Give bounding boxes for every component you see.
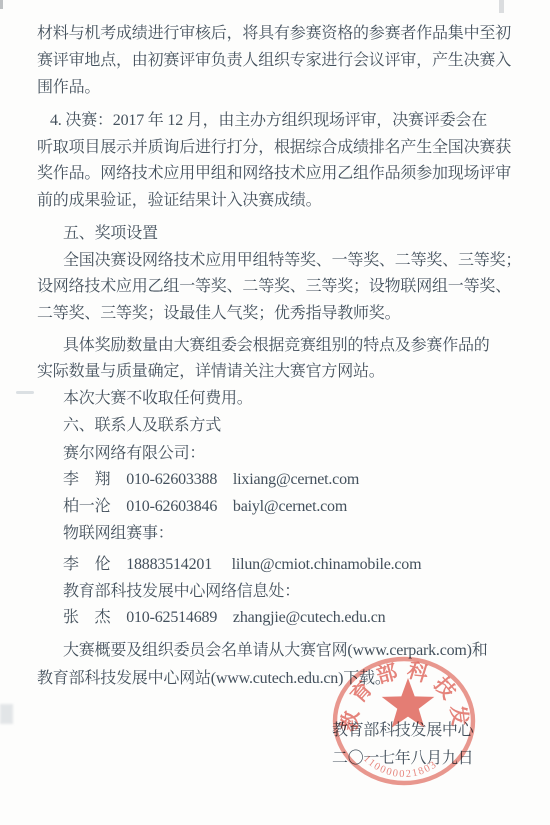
scan-artifact [499, 0, 504, 13]
contact-row: 柏一沦 010-62603846 baiyl@cernet.com [63, 497, 347, 517]
text-line: 实际数量与质量确定，详情请关注大赛官方网站。 [37, 362, 385, 382]
section-heading-awards: 五、奖项设置 [63, 224, 158, 244]
document-page: 材料与机考成绩进行审核后，将具有参赛资格的参赛者作品集中至初 赛评审地点，由初赛… [0, 0, 550, 825]
text-line: 奖作品。网络技术应用甲组和网络技术应用乙组作品须参加现场评审 [37, 164, 511, 184]
text-line: 前的成果验证，验证结果计入决赛成绩。 [37, 191, 321, 211]
contact-group-label: 赛尔网络有限公司： [63, 444, 205, 464]
text-line: 4. 决赛：2017 年 12 月，由主办方组织现场评审，决赛评委会在 [50, 111, 487, 131]
scan-artifact [0, 0, 3, 9]
text-line: 具体奖励数量由大赛组委会根据竞赛组别的特点及参赛作品的 [63, 336, 490, 356]
text-line: 材料与机考成绩进行审核后，将具有参赛资格的参赛者作品集中至初 [37, 24, 511, 44]
contact-group-label: 物联网组赛事： [63, 524, 174, 544]
contact-row: 李 翔 010-62603388 lixiang@cernet.com [63, 470, 359, 490]
text-line: 赛评审地点，由初赛评审负责人组织专家进行会议评审，产生决赛入 [37, 51, 511, 71]
text-line: 围作品。 [37, 78, 100, 98]
contact-group-label: 教育部科技发展中心网络信息处： [63, 582, 300, 602]
text-line: 设网络技术应用乙组一等奖、二等奖、三等奖；设物联网组一等奖、 [37, 277, 511, 297]
text-line: 本次大赛不收取任何费用。 [63, 389, 253, 409]
scan-artifact [16, 391, 34, 394]
text-line: 二等奖、三等奖；设最佳人气奖；优秀指导教师奖。 [37, 304, 400, 324]
text-line: 全国决赛设网络技术应用甲组特等奖、一等奖、二等奖、三等奖； [63, 251, 521, 271]
scan-artifact [0, 704, 13, 724]
text-line: 听取项目展示并质询后进行打分，根据综合成绩排名产生全国决赛获 [37, 138, 511, 158]
official-seal-stamp: 教育部科技发展中心 110000021803 [320, 648, 488, 798]
contact-row: 张 杰 010-62514689 zhangjie@cutech.edu.cn [63, 608, 385, 628]
section-heading-contacts: 六、联系人及联系方式 [63, 416, 221, 436]
contact-row: 李 伦 18883514201 lilun@cmiot.chinamobile.… [63, 555, 421, 575]
